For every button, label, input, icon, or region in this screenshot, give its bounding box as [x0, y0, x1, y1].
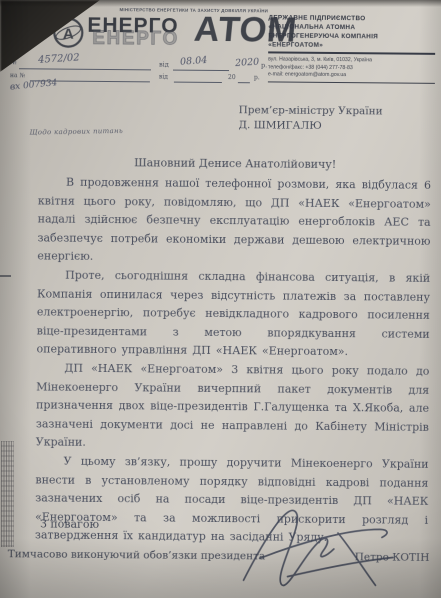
ref-na-no-label: на №	[10, 72, 25, 79]
paragraph: ДП «НАЕК «Енергоатом» 3 квітня цього рок…	[36, 359, 430, 455]
ref-number-handwritten: 4572/02	[38, 52, 80, 66]
salutation: Шановний Денисе Анатолійовичу!	[39, 155, 431, 171]
incoming-number-handwritten: вх 007934	[9, 78, 57, 93]
ref-date-line	[173, 70, 229, 71]
addressee-block: Прем’єр-міністру України Д. ШМИГАЛЮ	[238, 103, 382, 133]
paragraph: В продовження нашої телефонної розмови, …	[37, 173, 431, 269]
logo-energo-ghost-text: ЕНЕРГО	[92, 28, 179, 51]
addressee-name: Д. ШМИГАЛЮ	[238, 118, 382, 134]
ref-year2-line	[238, 82, 250, 83]
signer-title: Тимчасово виконуючий обов’язки президент…	[8, 548, 266, 562]
paragraph: Проте, сьогоднішня складна фінансова сит…	[36, 266, 430, 362]
ref-year2-label: 20	[228, 74, 236, 81]
ref-year-handwritten: 2020	[235, 56, 260, 68]
contact-block: вул. Назарівська, 3, м. Київ, 01032, Укр…	[268, 56, 438, 80]
signature-handwritten	[229, 488, 400, 597]
letter-content: МІНІСТЕРСТВО ЕНЕРГЕТИКИ ТА ЗАХИСТУ ДОВКІ…	[0, 0, 441, 598]
margin-tick	[0, 275, 11, 277]
ref-date-handwritten: 08.04	[180, 55, 208, 68]
ref-no-line	[19, 68, 151, 70]
ref-r2-label: р.	[254, 74, 260, 81]
ref-vid2-line	[174, 82, 222, 83]
photographed-letter: МІНІСТЕРСТВО ЕНЕРГЕТИКИ ТА ЗАХИСТУ ДОВКІ…	[0, 0, 441, 598]
svg-text:А: А	[63, 26, 74, 43]
email-line: e-mail: energoatom@atom.gov.ua	[268, 72, 438, 81]
ref-vid2-label: від	[159, 73, 168, 80]
closing-regards: З повагою	[40, 517, 99, 531]
ref-r-label: р.	[261, 61, 267, 69]
company-line: «ЕНЕРГОАТОМ»	[268, 40, 438, 50]
company-name-block: ДЕРЖАВНЕ ПІДПРИЄМСТВО «НАЦІОНАЛЬНА АТОМН…	[268, 13, 438, 50]
header-divider-bottom	[268, 81, 435, 84]
addressee-position: Прем’єр-міністру України	[239, 103, 383, 119]
photo-top-edge-shadow	[0, 0, 441, 7]
ref-vid-label: від	[159, 60, 169, 68]
header-divider	[268, 51, 435, 54]
margin-note-handwritten: Щодо кадрових питань	[29, 127, 123, 137]
registration-stamp-vertical	[1, 441, 14, 547]
